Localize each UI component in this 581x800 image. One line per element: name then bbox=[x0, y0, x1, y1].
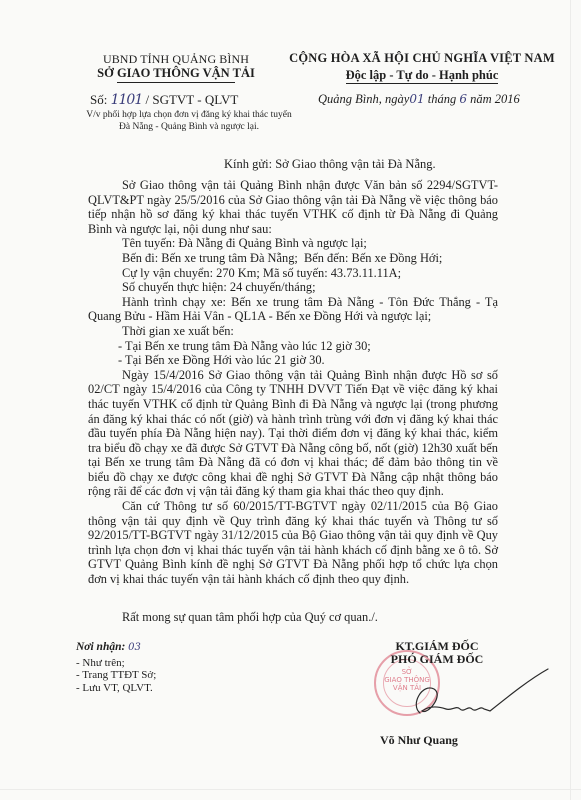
route-name: Tên tuyến: Đà Nẵng đi Quảng Bình và ngượ… bbox=[88, 236, 498, 251]
recipients-list: - Như trên; - Trang TTĐT Sở; - Lưu VT, Q… bbox=[76, 657, 156, 695]
recipient-item: - Lưu VT, QLVT. bbox=[76, 682, 156, 695]
document-body: Sở Giao thông vận tải Quảng Bình nhận đư… bbox=[88, 178, 498, 587]
date-place: Quảng Bình, ngày bbox=[318, 92, 409, 106]
recipients-block: Nơi nhận: 03 - Như trên; - Trang TTĐT Sở… bbox=[76, 641, 156, 694]
signer-name: Võ Như Quang bbox=[380, 733, 458, 748]
document-page: UBND TỈNH QUẢNG BÌNH SỞ GIAO THÔNG VẬN T… bbox=[0, 0, 581, 800]
stations-row: Bến đi: Bến xe trung tâm Đà Nẵng; Bến đế… bbox=[88, 251, 498, 266]
date-month-label: tháng bbox=[428, 92, 456, 106]
date-day: 01 bbox=[409, 92, 424, 106]
closing-line: Rất mong sự quan tâm phối hợp của Quý cơ… bbox=[122, 610, 378, 625]
intro-paragraph: Sở Giao thông vận tải Quảng Bình nhận đư… bbox=[88, 178, 498, 236]
page-edge-right bbox=[570, 0, 571, 800]
header-underline bbox=[117, 82, 235, 83]
paragraph-legal-basis: Căn cứ Thông tư số 60/2015/TT-BGTVT ngày… bbox=[88, 499, 498, 587]
date-month: 6 bbox=[459, 92, 467, 106]
document-subject: V/v phối hợp lựa chọn đơn vị đăng ký kha… bbox=[84, 109, 294, 133]
issuing-authority: UBND TỈNH QUẢNG BÌNH bbox=[86, 52, 266, 66]
doc-number-suffix: / SGTVT - QLVT bbox=[145, 92, 238, 107]
route-trips: Số chuyến thực hiện: 24 chuyến/tháng; bbox=[88, 280, 498, 295]
document-date: Quảng Bình, ngày01 tháng 6 năm 2016 bbox=[318, 92, 520, 107]
national-motto: Độc lập - Tự do - Hạnh phúc bbox=[346, 68, 499, 84]
document-number: Số: 1101 / SGTVT - QLVT bbox=[90, 92, 238, 108]
doc-number-prefix: Số: bbox=[90, 92, 107, 107]
departure-time-item: - Tại Bến xe Đồng Hới vào lúc 21 giờ 30. bbox=[88, 353, 498, 368]
page-edge-bottom bbox=[0, 789, 581, 790]
issuing-department: SỞ GIAO THÔNG VẬN TẢI bbox=[86, 66, 266, 81]
nation-title: CỘNG HÒA XÃ HỘI CHỦ NGHĨA VIỆT NAM bbox=[272, 51, 572, 66]
signature-block: KT.GIÁM ĐỐC PHÓ GIÁM ĐỐC bbox=[352, 640, 522, 666]
date-year: năm 2016 bbox=[470, 92, 520, 106]
route-itinerary: Hành trình chạy xe: Bến xe trung tâm Đà … bbox=[88, 295, 498, 324]
paragraph-application: Ngày 15/4/2016 Sở Giao thông vận tải Quả… bbox=[88, 368, 498, 499]
depart-station: Bến đi: Bến xe trung tâm Đà Nẵng; bbox=[122, 251, 304, 266]
arrive-station: Bến đến: Bến xe Đồng Hới; bbox=[304, 251, 442, 266]
recipient-item: - Trang TTĐT Sở; bbox=[76, 669, 156, 682]
recipient-item: - Như trên; bbox=[76, 657, 156, 670]
recipients-handwritten-mark: 03 bbox=[128, 642, 141, 653]
route-distance: Cự ly vận chuyển: 270 Km; Mã số tuyến: 4… bbox=[88, 266, 498, 281]
recipients-label: Nơi nhận: bbox=[76, 641, 125, 653]
departure-times-label: Thời gian xe xuất bến: bbox=[88, 324, 498, 339]
handwritten-signature-icon bbox=[400, 665, 550, 725]
addressee: Kính gửi: Sở Giao thông vận tải Đà Nẵng. bbox=[224, 157, 436, 172]
departure-time-item: - Tại Bến xe trung tâm Đà Nẵng vào lúc 1… bbox=[88, 339, 498, 354]
doc-number-handwritten: 1101 bbox=[111, 92, 143, 108]
national-header: CỘNG HÒA XÃ HỘI CHỦ NGHĨA VIỆT NAM Độc l… bbox=[272, 51, 572, 84]
issuer-header: UBND TỈNH QUẢNG BÌNH SỞ GIAO THÔNG VẬN T… bbox=[86, 52, 266, 83]
